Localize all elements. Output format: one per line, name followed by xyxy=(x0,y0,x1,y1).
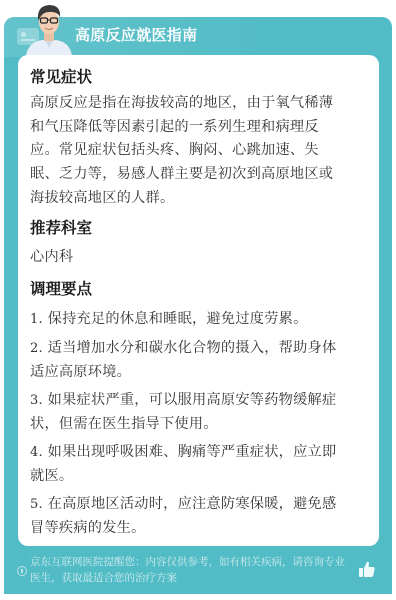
text-line: 海拔较高地区的人群。 xyxy=(30,187,370,211)
text-line: 应。常见症状包括头疼、胸闷、心跳加速、失 xyxy=(30,139,370,163)
care-item-3: 3. 如果症状严重，可以服用高原安等药物缓解症 状，但需在医生指导下使用。 xyxy=(30,389,370,436)
page-title: 高原反应就医指南 xyxy=(75,25,197,45)
text-line: 适应高原环境。 xyxy=(30,361,370,385)
text-line: 冒等疾病的发生。 xyxy=(30,517,370,541)
care-item-1: 1. 保持充足的休息和睡眠，避免过度劳累。 xyxy=(30,308,370,332)
section-heading-care: 调理要点 xyxy=(30,278,92,300)
item-number: 5. xyxy=(30,497,43,512)
text-line: 在高原地区活动时，应注意防寒保暖，避免感 xyxy=(48,496,337,512)
item-number: 4. xyxy=(30,445,43,460)
doctor-avatar xyxy=(24,0,74,56)
text-line: 状，但需在医生指导下使用。 xyxy=(30,413,370,437)
disclaimer-line: 京东互联网医院提醒您：内容仅供参考，如有相关疾病，请咨询专业 xyxy=(30,554,360,570)
text-line: 和气压降低等因素引起的一系列生理和病理反 xyxy=(30,116,370,140)
item-number: 2. xyxy=(30,341,43,356)
text-line: 保持充足的休息和睡眠，避免过度劳累。 xyxy=(48,311,308,327)
text-line: 如果出现呼吸困难、胸痛等严重症状，应立即 xyxy=(48,444,337,460)
thumbs-up-icon[interactable] xyxy=(358,560,376,578)
care-item-2: 2. 适当增加水分和碳水化合物的摄入，帮助身体 适应高原环境。 xyxy=(30,337,370,384)
content-card: 常见症状 高原反应是指在海拔较高的地区，由于氧气稀薄 和气压降低等因素引起的一系… xyxy=(18,55,379,546)
item-number: 1. xyxy=(30,312,43,327)
department-value: 心内科 xyxy=(30,246,370,270)
text-line: 如果症状严重，可以服用高原安等药物缓解症 xyxy=(48,392,337,408)
info-icon xyxy=(17,566,27,576)
text-line: 眠、乏力等，易感人群主要是初次到高原地区或 xyxy=(30,163,370,187)
text-line: 高原反应是指在海拔较高的地区，由于氧气稀薄 xyxy=(30,92,370,116)
disclaimer: 京东互联网医院提醒您：内容仅供参考，如有相关疾病，请咨询专业 医生，获取最适合您… xyxy=(30,554,360,586)
text-line: 适当增加水分和碳水化合物的摄入，帮助身体 xyxy=(48,340,337,356)
section-heading-department: 推荐科室 xyxy=(30,217,92,239)
disclaimer-line: 医生，获取最适合您的治疗方案 xyxy=(30,570,360,586)
section-heading-symptoms: 常见症状 xyxy=(30,66,92,88)
care-item-4: 4. 如果出现呼吸困难、胸痛等严重症状，应立即 就医。 xyxy=(30,441,370,488)
care-item-5: 5. 在高原地区活动时，应注意防寒保暖，避免感 冒等疾病的发生。 xyxy=(30,493,370,540)
text-line: 就医。 xyxy=(30,465,370,489)
item-number: 3. xyxy=(30,393,43,408)
symptoms-text: 高原反应是指在海拔较高的地区，由于氧气稀薄 和气压降低等因素引起的一系列生理和病… xyxy=(30,92,370,211)
